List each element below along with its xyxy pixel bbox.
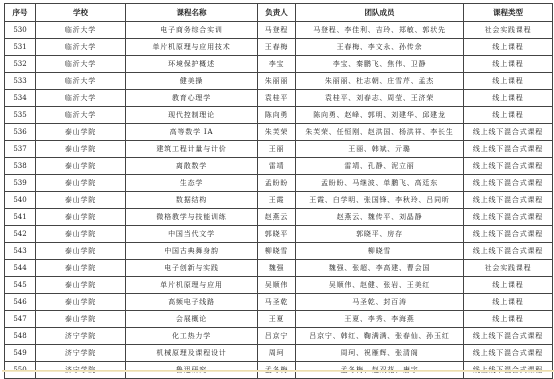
course-name: 教育心理学	[126, 90, 258, 107]
team-members: 王霞、白学明、张国锋、李秋玲、吕同昕	[296, 192, 464, 209]
table-row: 532临沂大学环境保护概述李宝李宝、秦鹏飞、焦伟、卫静线上课程	[5, 56, 553, 73]
course-type: 线上线下混合式课程	[464, 124, 553, 141]
table-row: 549济宁学院机械原理及课程设计周珂周珂、祝雁辉、张清阁线上线下混合式课程	[5, 345, 553, 362]
row-number: 538	[5, 158, 36, 175]
team-members: 朱丽丽、杜志朝、庄雪芹、孟杰	[296, 73, 464, 90]
team-members: 王春梅、李文永、孙传余	[296, 39, 464, 56]
team-members: 柳晓雪	[296, 243, 464, 260]
course-name: 微格教学与技能训练	[126, 209, 258, 226]
course-lead: 王丽	[258, 141, 296, 158]
table-row: 545泰山学院单片机原理与应用吴顺伟吴顺伟、赵健、张岩、王美红线上课程	[5, 277, 553, 294]
table-header-row: 序号 学校 课程名称 负责人 团队成员 课程类型	[5, 4, 553, 22]
course-name: 建筑工程计量与计价	[126, 141, 258, 158]
school-name: 泰山学院	[36, 226, 126, 243]
course-name: 会展概论	[126, 311, 258, 328]
course-lead: 柳晓雪	[258, 243, 296, 260]
course-lead: 马登程	[258, 22, 296, 39]
course-name: 单片机原理与应用技术	[126, 39, 258, 56]
school-name: 泰山学院	[36, 209, 126, 226]
header-school: 学校	[36, 4, 126, 22]
course-lead: 朱丽丽	[258, 73, 296, 90]
course-type: 线上课程	[464, 294, 553, 311]
team-members: 吕京宁、韩红、鞠满满、张春仙、孙玉红	[296, 328, 464, 345]
team-members: 雷靖、孔静、泥立丽	[296, 158, 464, 175]
course-name: 环境保护概述	[126, 56, 258, 73]
table-row: 542泰山学院中国当代文学郭晓平郭晓平、房存线上线下混合式课程	[5, 226, 553, 243]
course-lead: 雷靖	[258, 158, 296, 175]
school-name: 济宁学院	[36, 345, 126, 362]
course-name: 中国古典舞身韵	[126, 243, 258, 260]
table-row: 543泰山学院中国古典舞身韵柳晓雪柳晓雪线上线下混合式课程	[5, 243, 553, 260]
row-number: 549	[5, 345, 36, 362]
course-type: 线上线下混合式课程	[464, 243, 553, 260]
school-name: 泰山学院	[36, 158, 126, 175]
course-name: 单片机原理与应用	[126, 277, 258, 294]
course-lead: 赵燕云	[258, 209, 296, 226]
row-number: 540	[5, 192, 36, 209]
course-lead: 陈向勇	[258, 107, 296, 124]
course-name: 数据结构	[126, 192, 258, 209]
team-members: 马圣乾、封百涛	[296, 294, 464, 311]
course-lead: 马圣乾	[258, 294, 296, 311]
table-row: 531临沂大学单片机原理与应用技术王春梅王春梅、李文永、孙传余线上课程	[5, 39, 553, 56]
header-lead: 负责人	[258, 4, 296, 22]
table-row: 544泰山学院电子创新与实践魏强魏强、张超、李高建、曹会国社会实践课程	[5, 260, 553, 277]
school-name: 临沂大学	[36, 107, 126, 124]
course-type: 线上线下混合式课程	[464, 158, 553, 175]
row-number: 541	[5, 209, 36, 226]
course-type: 线上课程	[464, 73, 553, 90]
course-type: 线上课程	[464, 107, 553, 124]
page-bottom-border	[2, 370, 554, 372]
course-lead: 吴顺伟	[258, 277, 296, 294]
team-members: 魏强、张超、李高建、曹会国	[296, 260, 464, 277]
table-row: 541泰山学院微格教学与技能训练赵燕云赵燕云、魏传平、刘晶静线上线下混合式课程	[5, 209, 553, 226]
course-lead: 周珂	[258, 345, 296, 362]
school-name: 临沂大学	[36, 73, 126, 90]
course-lead: 孟盼盼	[258, 175, 296, 192]
course-lead: 袁桂平	[258, 90, 296, 107]
team-members: 郭晓平、房存	[296, 226, 464, 243]
course-name: 高等数学 IA	[126, 124, 258, 141]
team-members: 王夏、李秀、李海燕	[296, 311, 464, 328]
table-row: 546泰山学院高频电子线路马圣乾马圣乾、封百涛线上课程	[5, 294, 553, 311]
row-number: 530	[5, 22, 36, 39]
table-row: 547泰山学院会展概论王夏王夏、李秀、李海燕线上课程	[5, 311, 553, 328]
school-name: 临沂大学	[36, 90, 126, 107]
header-type: 课程类型	[464, 4, 553, 22]
table-row: 540泰山学院数据结构王霞王霞、白学明、张国锋、李秋玲、吕同昕线上线下混合式课程	[5, 192, 553, 209]
course-lead: 王霞	[258, 192, 296, 209]
course-type: 线上课程	[464, 277, 553, 294]
course-lead: 李宝	[258, 56, 296, 73]
team-members: 袁桂平、刘春志、周莹、王济荣	[296, 90, 464, 107]
school-name: 泰山学院	[36, 192, 126, 209]
course-type: 线上课程	[464, 90, 553, 107]
table-body: 530临沂大学电子商务综合实训马登程马登程、李佳利、吉玲、郑敏、郭状先社会实践课…	[5, 22, 553, 379]
course-name: 健美操	[126, 73, 258, 90]
row-number: 545	[5, 277, 36, 294]
course-type: 线上线下混合式课程	[464, 141, 553, 158]
row-number: 535	[5, 107, 36, 124]
team-members: 王丽、韩斌、亓璐	[296, 141, 464, 158]
school-name: 泰山学院	[36, 141, 126, 158]
school-name: 临沂大学	[36, 22, 126, 39]
course-type: 线上线下混合式课程	[464, 328, 553, 345]
team-members: 赵燕云、魏传平、刘晶静	[296, 209, 464, 226]
course-lead: 吕京宁	[258, 328, 296, 345]
team-members: 陈向勇、赵峰、郭明、刘建华、邱建龙	[296, 107, 464, 124]
header-members: 团队成员	[296, 4, 464, 22]
table-row: 537泰山学院建筑工程计量与计价王丽王丽、韩斌、亓璐线上线下混合式课程	[5, 141, 553, 158]
course-type: 线上线下混合式课程	[464, 209, 553, 226]
table-row: 534临沂大学教育心理学袁桂平袁桂平、刘春志、周莹、王济荣线上课程	[5, 90, 553, 107]
row-number: 548	[5, 328, 36, 345]
course-name: 离散数学	[126, 158, 258, 175]
team-members: 吴顺伟、赵健、张岩、王美红	[296, 277, 464, 294]
course-name: 现代控制理论	[126, 107, 258, 124]
row-number: 539	[5, 175, 36, 192]
school-name: 泰山学院	[36, 260, 126, 277]
course-name: 机械原理及课程设计	[126, 345, 258, 362]
table-row: 539泰山学院生态学孟盼盼孟盼盼、马继波、单鹏飞、高廷东线上线下混合式课程	[5, 175, 553, 192]
row-number: 534	[5, 90, 36, 107]
header-course: 课程名称	[126, 4, 258, 22]
course-name: 中国当代文学	[126, 226, 258, 243]
team-members: 孟盼盼、马继波、单鹏飞、高廷东	[296, 175, 464, 192]
row-number: 532	[5, 56, 36, 73]
course-lead: 朱芙荣	[258, 124, 296, 141]
course-name: 电子商务综合实训	[126, 22, 258, 39]
school-name: 泰山学院	[36, 243, 126, 260]
table-row: 536泰山学院高等数学 IA朱芙荣朱芙荣、任恒刚、赵洪国、杨洪祥、李长生线上线下…	[5, 124, 553, 141]
team-members: 李宝、秦鹏飞、焦伟、卫静	[296, 56, 464, 73]
course-name: 生态学	[126, 175, 258, 192]
row-number: 537	[5, 141, 36, 158]
row-number: 543	[5, 243, 36, 260]
school-name: 临沂大学	[36, 56, 126, 73]
course-type: 线上课程	[464, 39, 553, 56]
course-lead: 魏强	[258, 260, 296, 277]
course-name: 化工热力学	[126, 328, 258, 345]
course-lead: 王春梅	[258, 39, 296, 56]
school-name: 泰山学院	[36, 277, 126, 294]
school-name: 济宁学院	[36, 328, 126, 345]
course-type: 线上线下混合式课程	[464, 345, 553, 362]
row-number: 546	[5, 294, 36, 311]
table-row: 538泰山学院离散数学雷靖雷靖、孔静、泥立丽线上线下混合式课程	[5, 158, 553, 175]
row-number: 533	[5, 73, 36, 90]
team-members: 周珂、祝雁辉、张清阁	[296, 345, 464, 362]
course-name: 电子创新与实践	[126, 260, 258, 277]
row-number: 547	[5, 311, 36, 328]
course-table: 序号 学校 课程名称 负责人 团队成员 课程类型 530临沂大学电子商务综合实训…	[4, 3, 553, 379]
school-name: 临沂大学	[36, 39, 126, 56]
table-row: 533临沂大学健美操朱丽丽朱丽丽、杜志朝、庄雪芹、孟杰线上课程	[5, 73, 553, 90]
course-type: 线上线下混合式课程	[464, 175, 553, 192]
course-lead: 王夏	[258, 311, 296, 328]
course-type: 线上线下混合式课程	[464, 226, 553, 243]
row-number: 531	[5, 39, 36, 56]
course-type: 线上线下混合式课程	[464, 192, 553, 209]
course-type: 社会实践课程	[464, 260, 553, 277]
school-name: 泰山学院	[36, 294, 126, 311]
team-members: 马登程、李佳利、吉玲、郑敏、郭状先	[296, 22, 464, 39]
table-row: 530临沂大学电子商务综合实训马登程马登程、李佳利、吉玲、郑敏、郭状先社会实践课…	[5, 22, 553, 39]
row-number: 536	[5, 124, 36, 141]
course-type: 社会实践课程	[464, 22, 553, 39]
school-name: 泰山学院	[36, 124, 126, 141]
row-number: 542	[5, 226, 36, 243]
course-type: 线上课程	[464, 56, 553, 73]
table-row: 548济宁学院化工热力学吕京宁吕京宁、韩红、鞠满满、张春仙、孙玉红线上线下混合式…	[5, 328, 553, 345]
school-name: 泰山学院	[36, 311, 126, 328]
header-no: 序号	[5, 4, 36, 22]
course-name: 高频电子线路	[126, 294, 258, 311]
row-number: 544	[5, 260, 36, 277]
team-members: 朱芙荣、任恒刚、赵洪国、杨洪祥、李长生	[296, 124, 464, 141]
table-row: 535临沂大学现代控制理论陈向勇陈向勇、赵峰、郭明、刘建华、邱建龙线上课程	[5, 107, 553, 124]
course-lead: 郭晓平	[258, 226, 296, 243]
school-name: 泰山学院	[36, 175, 126, 192]
course-type: 线上课程	[464, 311, 553, 328]
